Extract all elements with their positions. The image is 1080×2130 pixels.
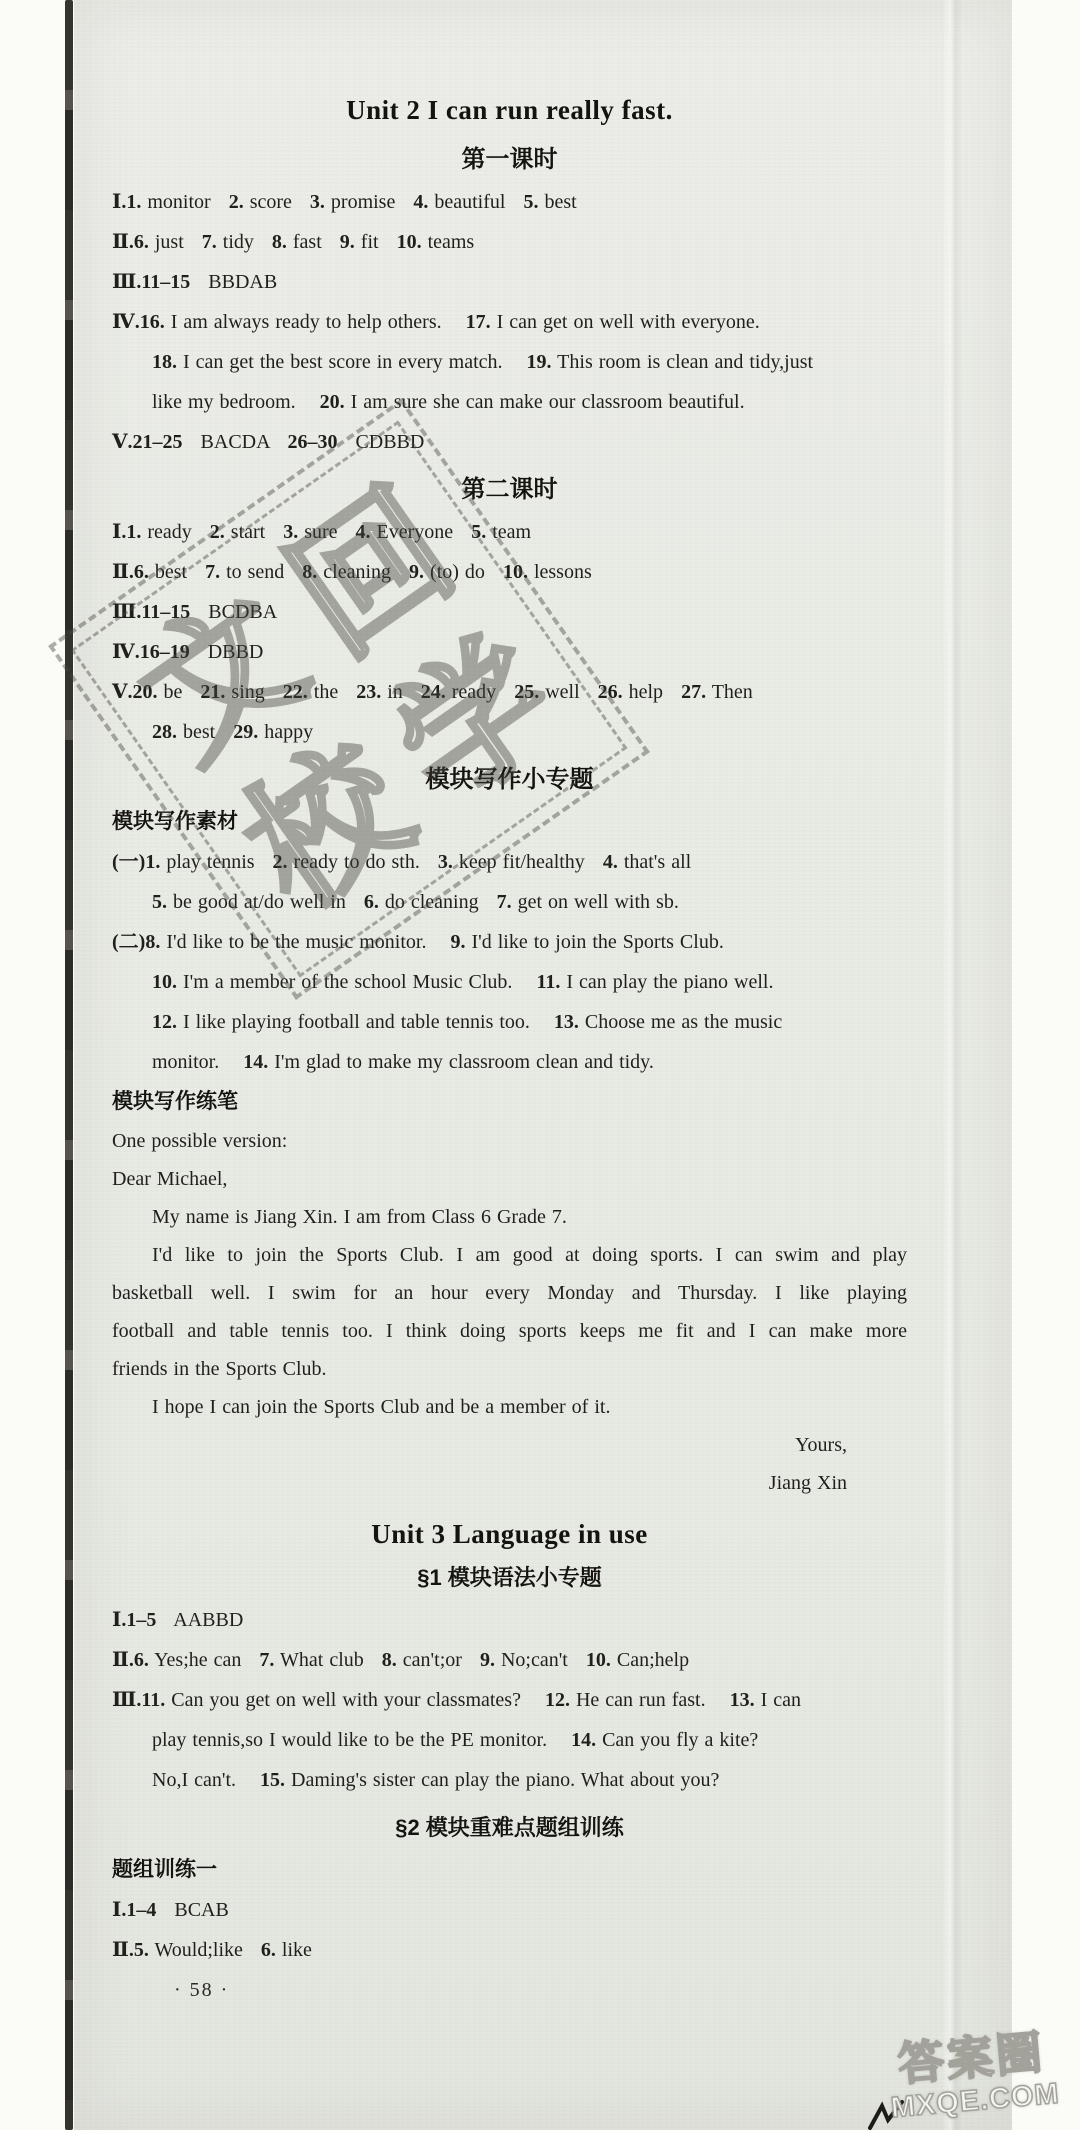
answer-text: monitor [141,191,228,213]
text-line: play tennis,so I would like to be the PE… [112,1720,907,1760]
answer-text: sure [298,521,355,543]
answer-text: play tennis [160,851,272,873]
answer-content: Unit 2 I can run really fast. 第一课时 Ⅰ.1. … [112,0,907,2010]
answer-number: 5. [523,191,538,213]
answer-text: teams [422,231,475,253]
answer-text: just [149,231,202,253]
answer-text: play tennis,so I would like to be the PE… [152,1729,571,1751]
answer-number: Ⅰ.1–5 [112,1609,156,1631]
text-line: Ⅳ.16. I am always ready to help others. … [112,302,907,342]
answer-text: start [225,521,283,543]
unit2-section: Unit 2 I can run really fast. 第一课时 Ⅰ.1. … [112,88,907,1502]
lesson1-heading: 第一课时 [112,138,907,182]
answer-text: I am sure she can make our classroom bea… [345,391,745,413]
answer-text: ready [446,681,514,703]
answer-text: get on well with sb. [512,891,679,913]
answer-text: in [381,681,421,703]
answer-number: Ⅰ.1. [112,191,141,213]
answer-number: Ⅱ.6. [112,231,149,253]
unit3-section: Unit 3 Language in use §1 模块语法小专题 Ⅰ.1–5 … [112,1512,907,1970]
answer-text: fast [287,231,340,253]
text-line: like my bedroom. 20. I am sure she can m… [112,382,907,422]
text-line: Ⅴ.20. be 21. sing 22. the 23. in 24. rea… [112,672,907,712]
answer-number: 5. [152,891,167,913]
answer-text: like my bedroom. [152,391,320,413]
text-line: Yours, [112,1426,907,1464]
answer-text: I'd like to join the Sports Club. [465,931,723,953]
answer-text: What club [274,1649,381,1671]
answer-text: sing [225,681,282,703]
answer-text: Can;help [611,1649,689,1671]
text-line: No,I can't. 15. Daming's sister can play… [112,1760,907,1800]
lesson2-answers: Ⅰ.1. ready 2. start 3. sure 4. Everyone … [112,512,907,752]
text-line: Ⅳ.16–19 DBBD [112,632,907,672]
answer-text: monitor. [152,1051,243,1073]
answer-text: Yours, [795,1434,847,1456]
answer-number: 8. [302,561,317,583]
answer-text: I like playing football and table tennis… [177,1011,554,1033]
answer-text: I can play the piano well. [560,971,773,993]
text-line: monitor. 14. I'm glad to make my classro… [112,1042,907,1082]
answer-text: like [276,1939,312,1961]
answer-text: happy [258,721,313,743]
answer-number: Ⅰ.1–4 [112,1899,156,1921]
answer-number: 13. [730,1689,755,1711]
answer-number: 9. [409,561,424,583]
answer-text: I can get the best score in every match. [177,351,527,373]
answer-text: team [486,521,531,543]
answer-number: Ⅳ.16. [112,311,165,333]
answer-number: 28. [152,721,177,743]
answer-number: Ⅴ.21–25 [112,431,183,453]
text-line: 5. be good at/do well in 6. do cleaning … [112,882,907,922]
answer-text: DBBD [190,641,264,663]
answer-text: No,I can't. [152,1769,260,1791]
answer-number: 14. [243,1051,268,1073]
text-line: My name is Jiang Xin. I am from Class 6 … [112,1198,907,1236]
answer-text: keep fit/healthy [453,851,603,873]
writing-practice-heading: 模块写作练笔 [112,1082,907,1122]
answer-number: (一)1. [112,851,160,873]
scanned-answer-page: { "unit2": { "title": "Unit 2 I can run … [0,0,1080,2130]
answer-number: 7. [205,561,220,583]
answer-text: best [538,191,576,213]
answer-text: I am always ready to help others. [165,311,466,333]
text-line: Ⅲ.11–15 BBDAB [112,262,907,302]
answer-number: 2. [273,851,288,873]
answer-text: be good at/do well in [167,891,364,913]
text-line: (二)8. I'd like to be the music monitor. … [112,922,907,962]
answer-text: football and table tennis too. I think d… [112,1320,907,1342]
text-line: Ⅰ.1. monitor 2. score 3. promise 4. beau… [112,182,907,222]
answer-text: Would;like [149,1939,261,1961]
text-line: Jiang Xin [112,1464,907,1502]
answer-number: 18. [152,351,177,373]
lesson1-answers: Ⅰ.1. monitor 2. score 3. promise 4. beau… [112,182,907,462]
answer-text: tidy [217,231,272,253]
answer-number: 4. [603,851,618,873]
answer-number: 15. [260,1769,285,1791]
answer-text: friends in the Sports Club. [112,1358,327,1380]
text-line: 10. I'm a member of the school Music Clu… [112,962,907,1002]
answer-text: BACDA [183,431,288,453]
answer-text: do cleaning [379,891,497,913]
answer-text: This room is clean and tidy,just [552,351,814,373]
unit3-section2-heading: §2 模块重难点题组训练 [112,1806,907,1850]
answer-text: cleaning [317,561,409,583]
text-line: Ⅴ.21–25 BACDA 26–30 CDBBD [112,422,907,462]
unit3-section1-heading: §1 模块语法小专题 [112,1556,907,1600]
text-line: 28. best 29. happy [112,712,907,752]
answer-text: that's all [618,851,691,873]
answer-number: Ⅰ.1. [112,521,141,543]
answer-number: 10. [503,561,528,583]
writing-practice-letter: One possible version:Dear Michael,My nam… [112,1122,907,1502]
answer-text: Dear Michael, [112,1168,227,1190]
answer-text: I'd like to join the Sports Club. I am g… [152,1244,907,1266]
text-line: 12. I like playing football and table te… [112,1002,907,1042]
answer-text: beautiful [428,191,523,213]
text-line: Ⅰ.1–5 AABBD [112,1600,907,1640]
text-line: Ⅰ.1. ready 2. start 3. sure 4. Everyone … [112,512,907,552]
answer-text: He can run fast. [570,1689,730,1711]
answer-number: 12. [545,1689,570,1711]
answer-number: 22. [283,681,308,703]
answer-text: basketball well. I swim for an hour ever… [112,1282,907,1304]
answer-number: 10. [152,971,177,993]
answer-number: Ⅱ.6. [112,1649,149,1671]
text-line: Dear Michael, [112,1160,907,1198]
answer-number: Ⅲ.11–15 [112,271,190,293]
answer-number: 17. [466,311,491,333]
answer-number: Ⅴ.20. [112,681,158,703]
group1-answers: Ⅰ.1–4 BCABⅡ.5. Would;like 6. like [112,1890,907,1970]
answer-number: 5. [471,521,486,543]
answer-text: promise [325,191,413,213]
paper-page: Unit 2 I can run really fast. 第一课时 Ⅰ.1. … [74,0,1012,2130]
answer-number: 6. [364,891,379,913]
answer-number: 12. [152,1011,177,1033]
text-line: friends in the Sports Club. [112,1350,907,1388]
text-line: Ⅱ.6. Yes;he can 7. What club 8. can't;or… [112,1640,907,1680]
book-spine-shadow [65,0,73,2130]
answer-number: 19. [527,351,552,373]
text-line: Ⅱ.6. just 7. tidy 8. fast 9. fit 10. tea… [112,222,907,262]
answer-text: BCDBA [190,601,277,623]
answer-number: 7. [497,891,512,913]
answer-number: 7. [259,1649,274,1671]
answer-number: 9. [340,231,355,253]
text-line: basketball well. I swim for an hour ever… [112,1274,907,1312]
text-line: (一)1. play tennis 2. ready to do sth. 3.… [112,842,907,882]
answer-number: 2. [210,521,225,543]
answer-number: 9. [450,931,465,953]
answer-text: Everyone [371,521,472,543]
answer-text: score [244,191,310,213]
answer-text: ready [141,521,209,543]
answer-number: 29. [233,721,258,743]
page-number: · 58 · [112,1970,907,2010]
answer-number: Ⅲ.11. [112,1689,165,1711]
lesson2-heading: 第二课时 [112,468,907,512]
answer-number: 26. [598,681,623,703]
answer-text: to send [220,561,302,583]
answer-number: 24. [421,681,446,703]
writing-topic-heading: 模块写作小专题 [112,758,907,802]
text-line: Ⅲ.11–15 BCDBA [112,592,907,632]
answer-text: I'm a member of the school Music Club. [177,971,536,993]
answer-text: BCAB [156,1899,228,1921]
answer-number: Ⅳ.16–19 [112,641,190,663]
answer-text: No;can't [495,1649,586,1671]
answer-number: 21. [200,681,225,703]
answer-text: My name is Jiang Xin. I am from Class 6 … [152,1206,567,1228]
answer-text: I can [755,1689,801,1711]
answer-text: lessons [528,561,592,583]
answer-text: Yes;he can [149,1649,260,1671]
text-line: Ⅱ.6. best 7. to send 8. cleaning 9. (to)… [112,552,907,592]
text-line: 18. I can get the best score in every ma… [112,342,907,382]
answer-number: 3. [438,851,453,873]
answer-text: BBDAB [190,271,277,293]
answer-text: I'd like to be the music monitor. [160,931,450,953]
text-line: Ⅱ.5. Would;like 6. like [112,1930,907,1970]
unit3-title: Unit 3 Language in use [112,1512,907,1556]
answer-text: CDBBD [337,431,424,453]
answer-text: Can you fly a kite? [596,1729,758,1751]
answer-number: 14. [571,1729,596,1751]
answer-text: can't;or [397,1649,480,1671]
answer-number: 10. [397,231,422,253]
answer-number: Ⅱ.6. [112,561,149,583]
answer-text: best [177,721,233,743]
answer-number: 9. [480,1649,495,1671]
answer-text: fit [355,231,397,253]
answer-text: Can you get on well with your classmates… [165,1689,545,1711]
answer-number: 6. [261,1939,276,1961]
writing-material-answers: (一)1. play tennis 2. ready to do sth. 3.… [112,842,907,1082]
answer-number: 11. [536,971,560,993]
answer-number: 23. [356,681,381,703]
answer-number: 7. [202,231,217,253]
text-line: I hope I can join the Sports Club and be… [112,1388,907,1426]
answer-text: best [149,561,205,583]
group1-heading: 题组训练一 [112,1850,907,1890]
unit3-section1-answers: Ⅰ.1–5 AABBDⅡ.6. Yes;he can 7. What club … [112,1600,907,1800]
answer-text: I hope I can join the Sports Club and be… [152,1396,610,1418]
answer-number: 3. [310,191,325,213]
text-line: football and table tennis too. I think d… [112,1312,907,1350]
answer-number: 25. [514,681,539,703]
answer-number: 26–30 [287,431,337,453]
text-line: I'd like to join the Sports Club. I am g… [112,1236,907,1274]
answer-text: AABBD [156,1609,243,1631]
writing-material-heading: 模块写作素材 [112,802,907,842]
answer-number: 10. [586,1649,611,1671]
answer-text: Jiang Xin [769,1472,847,1494]
answer-number: 8. [272,231,287,253]
answer-text: I'm glad to make my classroom clean and … [268,1051,654,1073]
text-line: One possible version: [112,1122,907,1160]
answer-text: Then [706,681,753,703]
answer-number: 13. [554,1011,579,1033]
answer-number: 2. [229,191,244,213]
answer-text: be [158,681,201,703]
pen-scribble-mark [866,2098,906,2130]
unit2-title: Unit 2 I can run really fast. [112,88,907,132]
answer-number: Ⅱ.5. [112,1939,149,1961]
answer-number: Ⅲ.11–15 [112,601,190,623]
answer-number: (二)8. [112,931,160,953]
answer-number: 27. [681,681,706,703]
text-line: Ⅰ.1–4 BCAB [112,1890,907,1930]
text-line: Ⅲ.11. Can you get on well with your clas… [112,1680,907,1720]
answer-text: Choose me as the music [579,1011,782,1033]
page-fold-crease [942,0,962,2130]
answer-text: Daming's sister can play the piano. What… [285,1769,719,1791]
answer-text: ready to do sth. [288,851,438,873]
answer-number: 20. [320,391,345,413]
answer-text: the [308,681,356,703]
answer-text: well [539,681,597,703]
answer-text: One possible version: [112,1130,287,1152]
answer-number: 4. [413,191,428,213]
answer-number: 3. [283,521,298,543]
answer-text: I can get on well with everyone. [491,311,760,333]
answer-text: help [623,681,681,703]
answer-number: 8. [382,1649,397,1671]
answer-number: 4. [356,521,371,543]
answer-text: (to) do [424,561,503,583]
